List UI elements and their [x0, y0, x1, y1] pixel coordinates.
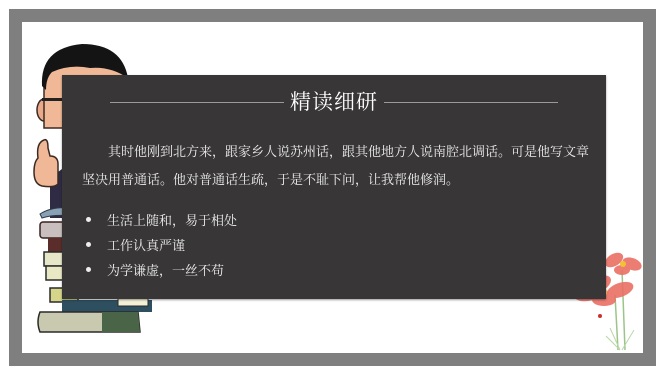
bullet-dot-icon: [86, 217, 91, 222]
bullet-label: 工作认真严谨: [107, 235, 185, 254]
bullet-dot-icon: [86, 242, 91, 247]
title-rule-left: [110, 102, 284, 103]
bullet-item: 工作认真严谨: [82, 232, 237, 257]
content-panel: 精读细研 其时他刚到北方来，跟家乡人说苏州话，跟其他地方人说南腔北调话。可是他写…: [62, 75, 606, 299]
title-rule-right: [384, 102, 558, 103]
bullet-item: 为学谦虚，一丝不苟: [82, 257, 237, 282]
paragraph-text: 其时他刚到北方来，跟家乡人说苏州话，跟其他地方人说南腔北调话。可是他写文章坚决用…: [82, 139, 592, 195]
bullet-item: 生活上随和，易于相处: [82, 207, 237, 232]
bullet-list: 生活上随和，易于相处 工作认真严谨 为学谦虚，一丝不苟: [82, 207, 237, 282]
bullet-label: 生活上随和，易于相处: [107, 210, 237, 229]
body-paragraph: 其时他刚到北方来，跟家乡人说苏州话，跟其他地方人说南腔北调话。可是他写文章坚决用…: [82, 139, 592, 195]
bullet-label: 为学谦虚，一丝不苟: [107, 260, 224, 279]
title-row: 精读细研: [62, 87, 606, 117]
bullet-dot-icon: [86, 267, 91, 272]
slide-title: 精读细研: [290, 88, 378, 116]
